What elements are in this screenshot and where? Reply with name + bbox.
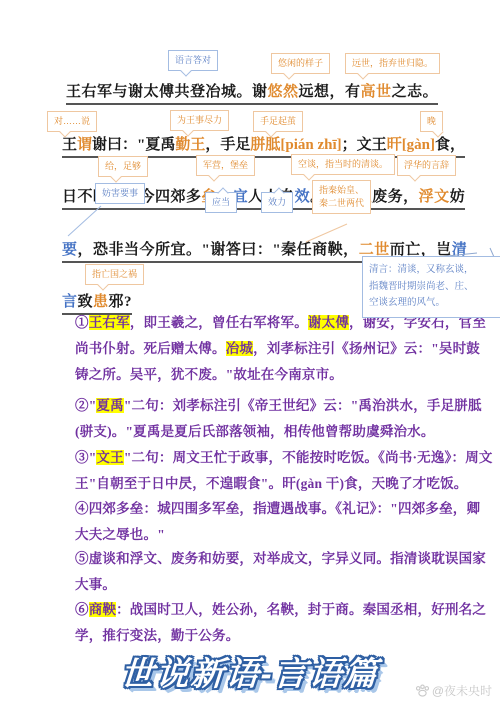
callout-yuanshi: 远世，指弃世归隐。	[345, 53, 440, 74]
qingyan-note-line: 清言：清谈，又称玄谈，	[369, 262, 497, 279]
watermark-handle: @夜未央时	[432, 682, 492, 699]
text-segment: ②"	[75, 398, 96, 413]
paw-icon	[415, 684, 430, 697]
callout-junying: 军营，堡垒	[196, 155, 255, 176]
text-segment: 旰[gàn]	[387, 137, 435, 153]
callout-ji-zugou: 给，足够	[98, 156, 148, 177]
text-segment: 食，	[435, 137, 465, 153]
text-segment: 勤王	[175, 137, 205, 153]
text-segment: 言	[62, 294, 78, 310]
text-segment: ⑥	[75, 602, 89, 617]
callout-xiaoli: 效力	[261, 192, 293, 213]
text-segment: "二句：周文王忙于政事，不能按时吃饭。《尚书·无逸》：周文王"自朝至于日中昃，不…	[75, 450, 493, 491]
callout-yingdang: 应当	[205, 192, 237, 213]
note-4: ④四郊多垒：城四围多军垒，指遭遇战事。《礼记》："四郊多垒，卿大夫之辱也。"	[75, 496, 493, 548]
callout-wan: 晚	[420, 111, 443, 132]
callout-wangguo: 指亡国之祸	[85, 264, 144, 285]
callout-fuhua: 浮华的言辞	[397, 155, 456, 176]
text-segment: 致	[78, 294, 94, 310]
note-5: ⑤虚谈和浮文、废务和妨要，对举成文，字异义同。指清谈耽误国家大事。	[75, 546, 493, 598]
callout-youxian: 悠闲的样子	[271, 53, 330, 74]
text-segment: 文王	[96, 450, 123, 465]
callout-fanghai: 妨害要事	[95, 183, 145, 204]
text-segment: 浮文	[419, 189, 450, 205]
text-segment: 邪?	[109, 294, 133, 310]
text-segment: ，恐非当今所宜。"谢答曰："秦任商鞅，	[78, 242, 359, 258]
text-segment: ，即王羲之，曾任右军将军。	[130, 315, 308, 330]
text-segment: 高世	[361, 84, 392, 100]
text-segment: 妨	[450, 189, 466, 205]
text-segment: ③"	[75, 450, 96, 465]
text-segment: 王	[62, 137, 77, 153]
text-segment: 王右军与谢太傅共登冶城。谢	[66, 84, 268, 100]
qingyan-note-line: 指魏晋时期崇尚老、庄、	[369, 279, 497, 296]
text-segment: 冶城	[226, 341, 253, 356]
text-segment: 王右军	[89, 315, 130, 330]
watermark: @夜未央时	[415, 682, 492, 699]
qingyan-note-line: 空谈玄理的风气。	[369, 295, 497, 312]
qingyan-note-box: 清言：清谈，又称玄谈， 指魏晋时期崇尚老、庄、 空谈玄理的风气。	[362, 256, 500, 318]
text-segment: 悠然	[268, 84, 299, 100]
annotated-line-5: 言致患邪?	[62, 290, 132, 315]
callout-yuyandadui: 语言答对	[168, 50, 218, 71]
text-segment: 商鞅	[89, 602, 116, 617]
text-segment: 胼胝[pián zhī]	[250, 137, 341, 153]
text-segment: ；文王	[342, 137, 387, 153]
annotated-line-1: 王右军与谢太傅共登冶城。谢悠然远想，有高世之志。	[66, 80, 438, 105]
callout-shouzuqijian: 手足起茧	[253, 111, 303, 132]
text-segment: 要	[62, 242, 78, 258]
text-segment: "二句：刘孝标注引《帝王世纪》云："禹治洪水，手足胼胝(骈支)。"夏禹是夏后氏部…	[75, 398, 482, 439]
callout-duishuo: 对……说	[47, 111, 97, 132]
text-segment: ①	[75, 315, 89, 330]
text-segment: ，手足	[205, 137, 250, 153]
text-segment: ④四郊多垒：城四围多军垒，指遭遇战事。《礼记》："四郊多垒，卿大夫之辱也。"	[75, 501, 480, 542]
text-segment: 谢曰："夏禹	[92, 137, 175, 153]
note-3: ③"文王"二句：周文王忙于政事，不能按时吃饭。《尚书·无逸》：周文王"自朝至于日…	[75, 445, 493, 497]
text-segment: 远想，有	[299, 84, 361, 100]
text-segment: 患	[93, 294, 109, 310]
text-segment: 效	[295, 189, 311, 205]
callout-kongtan: 空谈，指当时的清谈。	[291, 154, 395, 175]
note-2: ②"夏禹"二句：刘孝标注引《帝王世纪》云："禹治洪水，手足胼胝(骈支)。"夏禹是…	[75, 393, 493, 445]
callout-qin-ershi: 指秦始皇、 秦二世两代	[312, 180, 371, 214]
text-segment: ⑤虚谈和浮文、废务和妨要，对举成文，字异义同。指清谈耽误国家大事。	[75, 551, 486, 592]
text-segment: 夏禹	[96, 398, 123, 413]
callout-weiwangshi: 为王事尽力	[170, 110, 229, 131]
text-segment: 废务，	[372, 189, 419, 205]
text-segment: ：战国时卫人，姓公孙，名鞅，封于商。秦国丞相，好刑名之学，推行变法，勤于公务。	[75, 602, 486, 643]
note-1: ①王右军，即王羲之，曾任右军将军。谢太傅，谢安，字安石，官至尚书仆射。死后赠太傅…	[75, 310, 493, 388]
note-6: ⑥商鞅：战国时卫人，姓公孙，名鞅，封于商。秦国丞相，好刑名之学，推行变法，勤于公…	[75, 597, 493, 649]
text-segment: 谓	[77, 137, 92, 153]
text-segment: 之志。	[392, 84, 439, 100]
text-segment: 谢太傅	[308, 315, 349, 330]
document-page: 语言答对 悠闲的样子 远世，指弃世归隐。 王右军与谢太傅共登冶城。谢悠然远想，有…	[0, 0, 500, 707]
